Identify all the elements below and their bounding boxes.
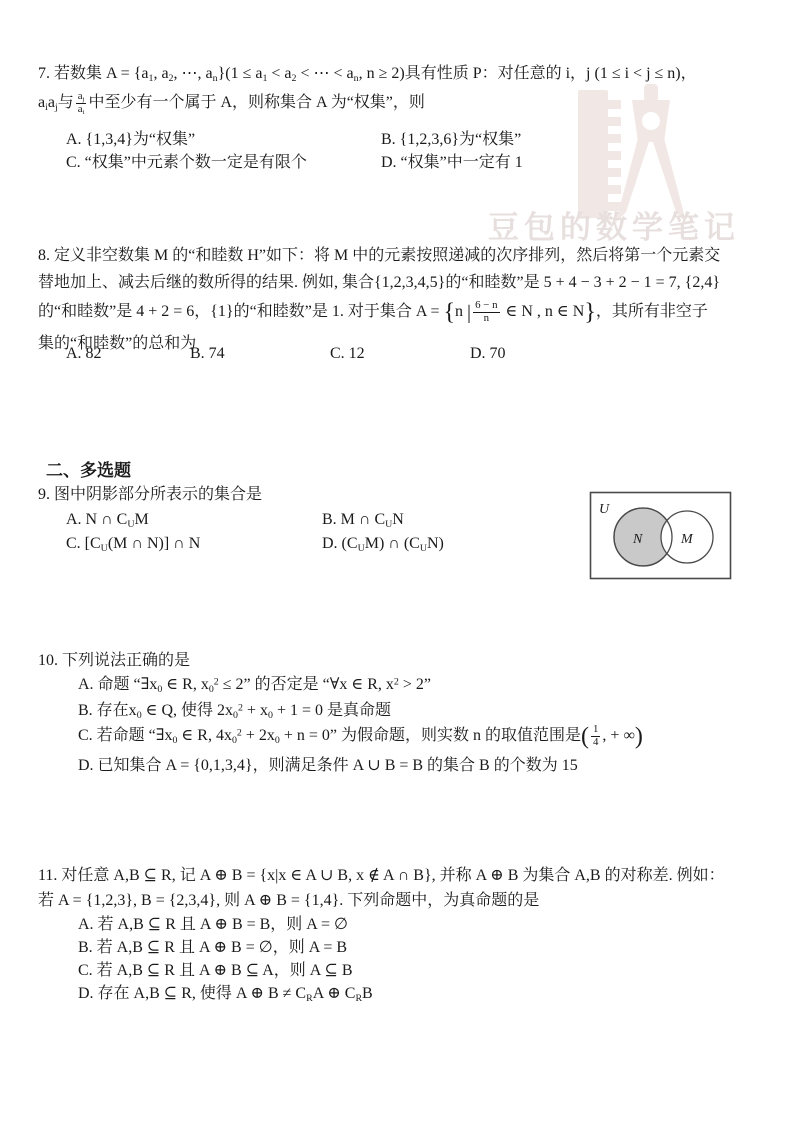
q8-stem-line-2: 替地加上、减去后继的数所得的结果. 例如, 集合{1,2,3,4,5}的“和睦数… [38, 271, 720, 295]
q8-stem-line-4: 集的“和睦数”的总和为 [38, 332, 196, 356]
venn-label-n: N [632, 532, 643, 547]
watermark-text: 豆包的数学笔记 [488, 202, 740, 247]
q9-option-d: D. (CUM) ∩ (CUN) [322, 532, 444, 556]
q11-option-a: A. 若 A,B ⊆ R 且 A ⊕ B = B，则 A = ∅ [78, 913, 348, 937]
q10-option-d: D. 已知集合 A = {0,1,3,4}，则满足条件 A ∪ B = B 的集… [78, 754, 578, 778]
q8-option-d: D. 70 [470, 342, 506, 366]
q7-stem-line-1: 7. 若数集 A = {a1, a2, ⋯, an}(1 ≤ a1 < a2 <… [38, 62, 697, 86]
q7-option-c: C. “权集”中元素个数一定是有限个 [66, 151, 307, 175]
q11-stem-line-1: 11. 对任意 A,B ⊆ R, 记 A ⊕ B = {x|x ∈ A ∪ B,… [38, 864, 725, 888]
q10-stem: 10. 下列说法正确的是 [38, 649, 190, 673]
q7-stem-line-2: aiaj与ajai中至少有一个属于 A，则称集合 A 为“权集”，则 [38, 91, 425, 116]
q8-option-b: B. 74 [190, 342, 225, 366]
q10-option-b: B. 存在x0 ∈ Q, 使得 2x02 + x0 + 1 = 0 是真命题 [78, 699, 391, 723]
q7-option-d: D. “权集”中一定有 1 [381, 151, 523, 175]
section-2-header: 二、多选题 [46, 459, 131, 483]
venn-diagram: U N M [589, 491, 733, 581]
q11-option-d: D. 存在 A,B ⊆ R, 使得 A ⊕ B ≠ CRA ⊕ CRB [78, 982, 373, 1006]
q10-option-c: C. 若命题 “∃x0 ∈ R, 4x02 + 2x0 + n = 0” 为假命… [78, 724, 643, 749]
q7-option-b: B. {1,2,3,6}为“权集” [381, 128, 521, 152]
q9-option-c: C. [CU(M ∩ N)] ∩ N [66, 532, 200, 556]
q9-option-a: A. N ∩ CUM [66, 508, 149, 532]
q9-stem: 9. 图中阴影部分所表示的集合是 [38, 483, 262, 507]
q7-option-a: A. {1,3,4}为“权集” [66, 128, 195, 152]
q8-stem-line-1: 8. 定义非空数集 M 的“和睦数 H”如下：将 M 中的元素按照递减的次序排列… [38, 244, 720, 268]
q11-stem-line-2: 若 A = {1,2,3}, B = {2,3,4}, 则 A ⊕ B = {1… [38, 889, 539, 913]
q8-option-a: A. 82 [66, 342, 102, 366]
q9-option-b: B. M ∩ CUN [322, 508, 404, 532]
q8-option-c: C. 12 [330, 342, 365, 366]
worksheet-page: 豆包的数学笔记 7. 若数集 A = {a1, a2, ⋯, an}(1 ≤ a… [0, 0, 800, 1132]
venn-label-m: M [680, 532, 694, 547]
q8-stem-line-3: 的“和睦数”是 4 + 2 = 6，{1}的“和睦数”是 1. 对于集合 A =… [38, 300, 708, 325]
q11-option-b: B. 若 A,B ⊆ R 且 A ⊕ B = ∅，则 A = B [78, 936, 347, 960]
q10-option-a: A. 命题 “∃x0 ∈ R, x02 ≤ 2” 的否定是 “∀x ∈ R, x… [78, 673, 431, 697]
venn-label-u: U [599, 502, 610, 517]
q11-option-c: C. 若 A,B ⊆ R 且 A ⊕ B ⊆ A，则 A ⊆ B [78, 959, 353, 983]
